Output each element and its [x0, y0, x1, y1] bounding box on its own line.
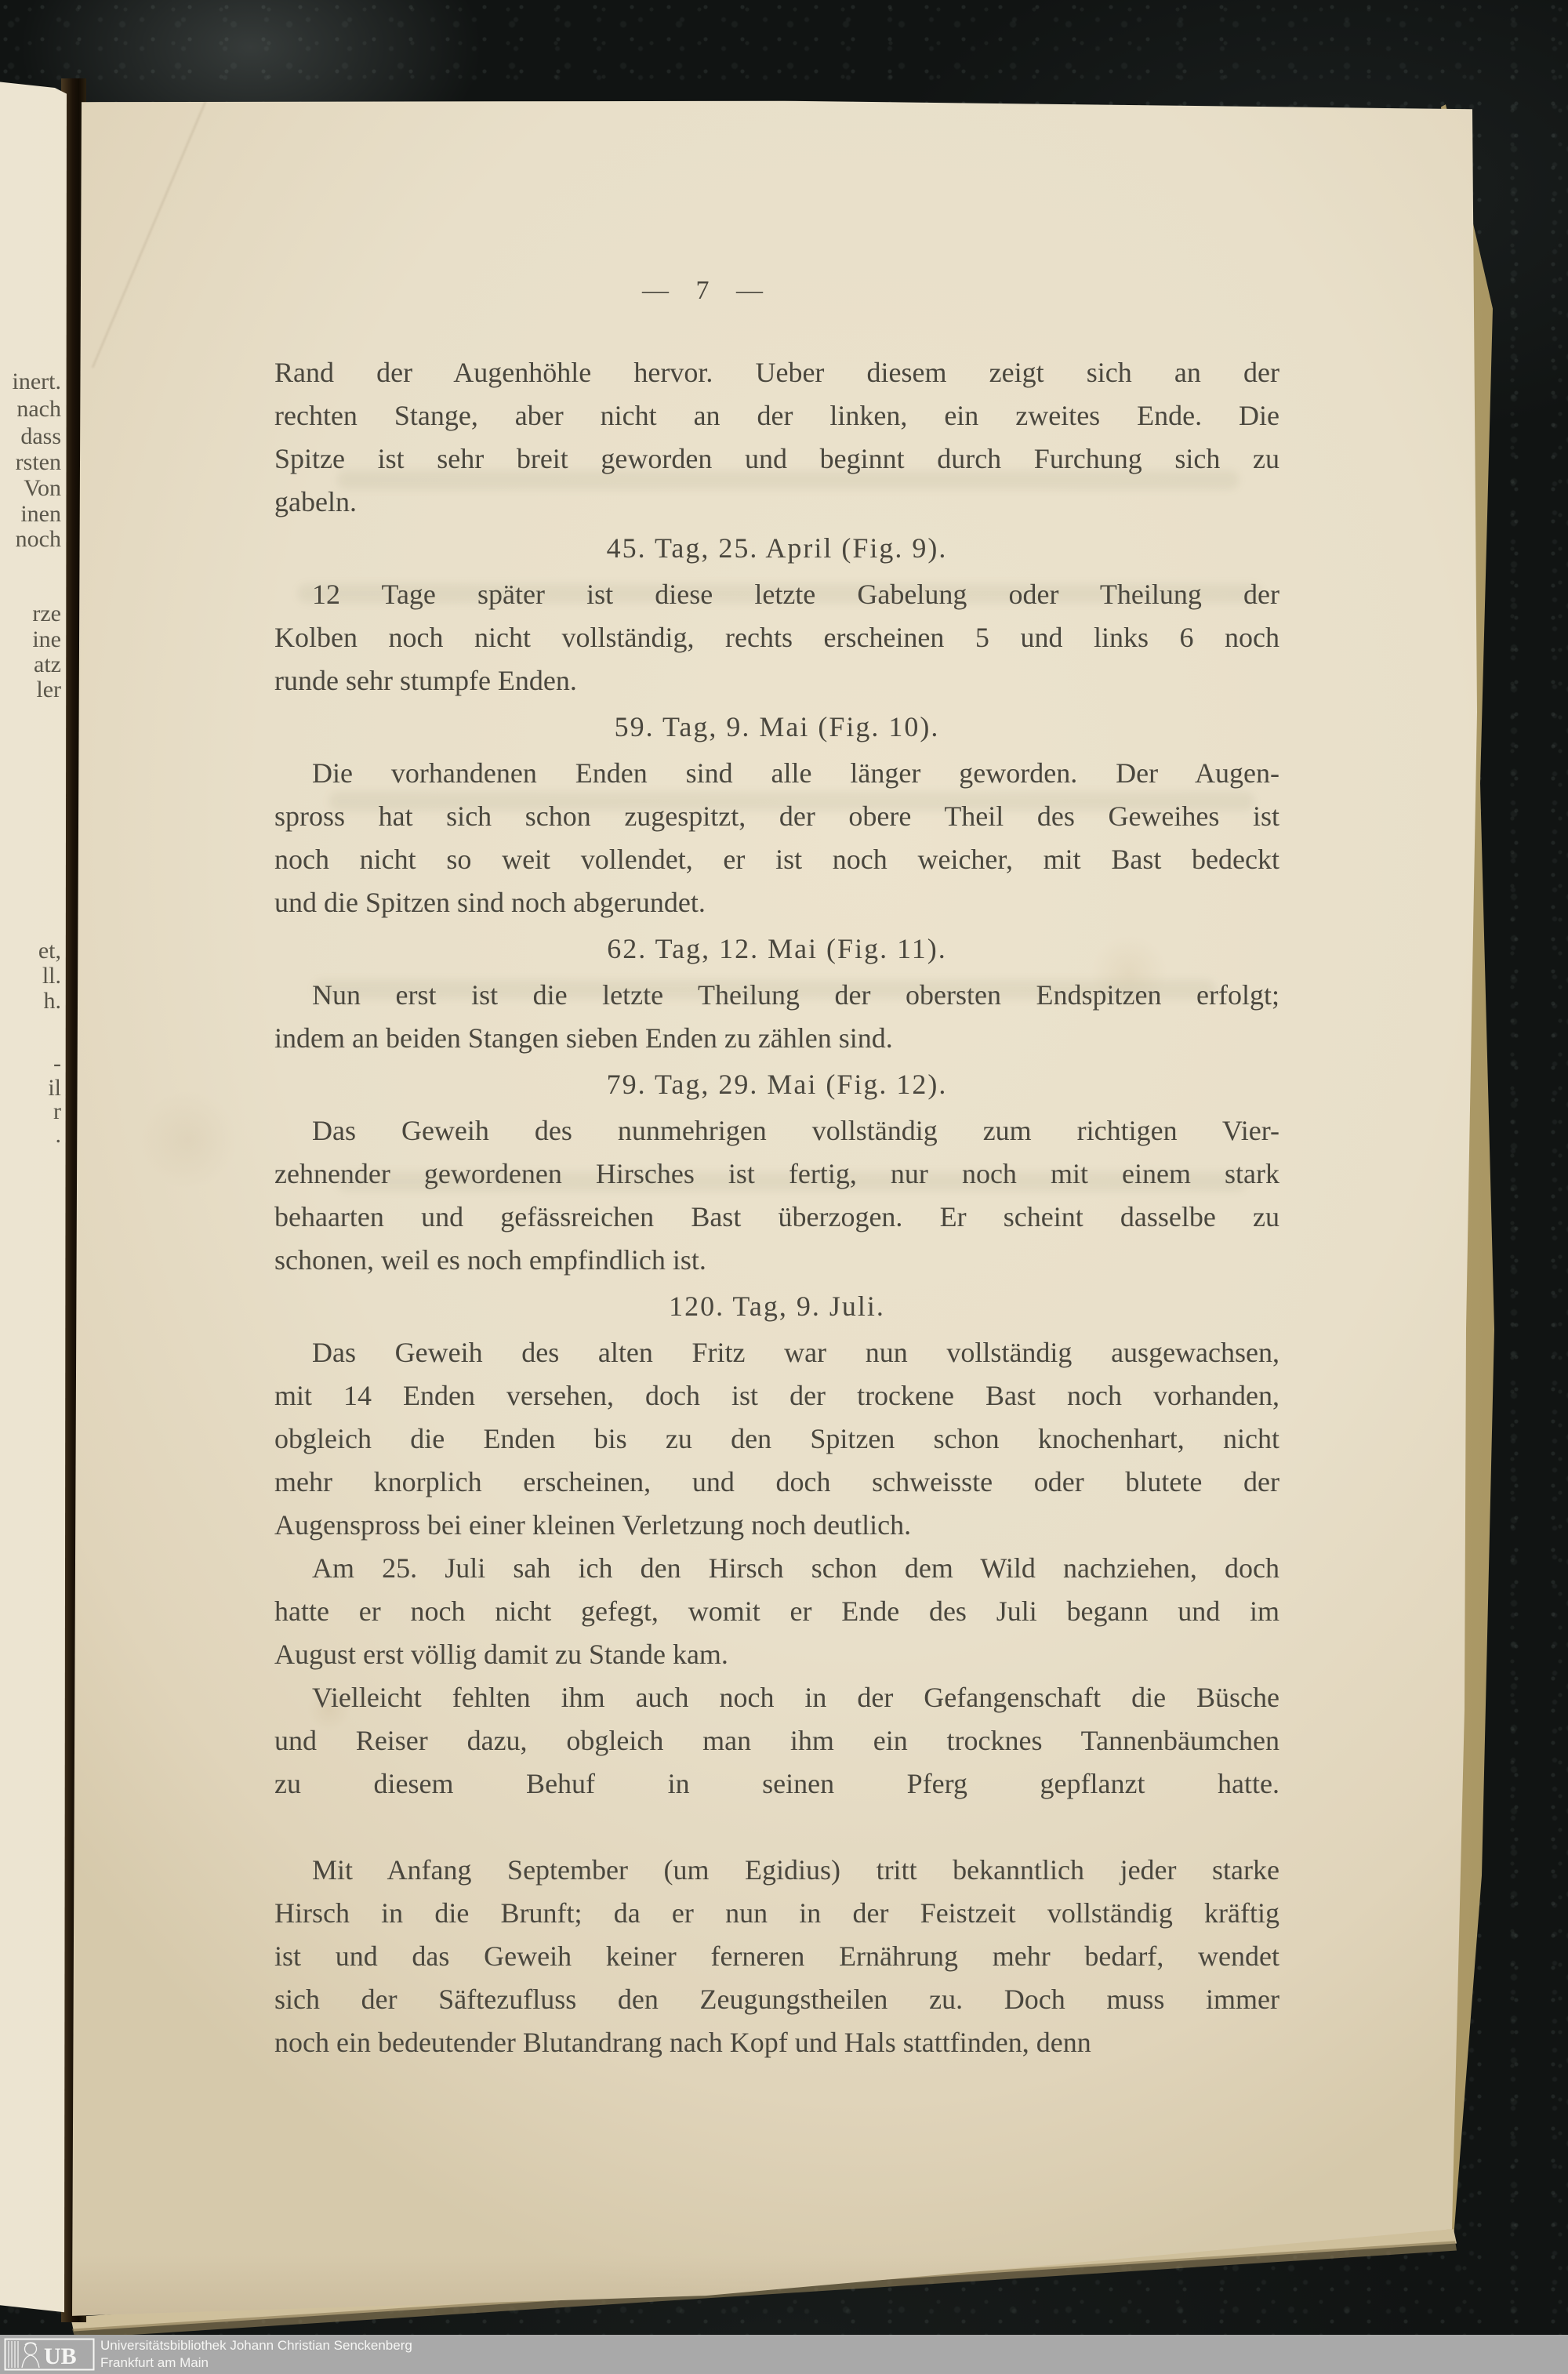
text-line: zu diesem Behuf in seinen Pferg gepflanz… — [274, 1762, 1279, 1806]
paragraph: Rand der Augenhöhle hervor. Ueber diesem… — [274, 351, 1279, 524]
section-heading: 79. Tag, 29. Mai (Fig. 12). — [274, 1063, 1279, 1106]
paragraph: Am 25. Juli sah ich den Hirsch schon dem… — [274, 1547, 1279, 1676]
text-line: 12 Tage später ist diese letzte Gabelung… — [274, 573, 1279, 616]
paragraph: Das Geweih des nunmehrigen vollständig z… — [274, 1109, 1279, 1282]
ub-library-logo-icon: UB — [4, 2338, 95, 2371]
spine-text-fragment: dass — [20, 423, 61, 450]
section-heading: 120. Tag, 9. Juli. — [274, 1285, 1279, 1328]
spine-text-fragment: ler — [36, 677, 61, 703]
text-line: Das Geweih des alten Fritz war nun volls… — [274, 1331, 1279, 1374]
text-line — [274, 1806, 1279, 1849]
section-heading: 45. Tag, 25. April (Fig. 9). — [274, 527, 1279, 570]
text-line: und Reiser dazu, obgleich man ihm ein tr… — [274, 1719, 1279, 1762]
text-line: mehr knorplich erscheinen, und doch schw… — [274, 1461, 1279, 1504]
text-line: sich der Säftezufluss den Zeugungstheile… — [274, 1978, 1279, 2021]
text-line: gabeln. — [274, 481, 1279, 524]
spine-text-fragment: rze — [32, 601, 61, 627]
text-line: noch ein bedeutender Blutandrang nach Ko… — [274, 2021, 1279, 2064]
spine-text-fragment: il — [48, 1075, 61, 1102]
text-line: schonen, weil es noch empfindlich ist. — [274, 1239, 1279, 1282]
library-name: Universitätsbibliothek Johann Christian … — [100, 2337, 412, 2372]
text-column: Rand der Augenhöhle hervor. Ueber diesem… — [274, 351, 1279, 2064]
text-line: Hirsch in die Brunft; da er nun in der F… — [274, 1892, 1279, 1935]
underlying-page-fragments: inert.nachdassrstenVoninennochrzeineatzl… — [0, 0, 66, 2374]
paper-crease — [92, 99, 207, 368]
spine-text-fragment: et, — [38, 938, 61, 964]
ub-logo-text: UB — [44, 2343, 77, 2369]
text-line: indem an beiden Stangen sieben Enden zu … — [274, 1017, 1279, 1060]
text-line: mit 14 Enden versehen, doch ist der troc… — [274, 1374, 1279, 1418]
text-line: obgleich die Enden bis zu den Spitzen sc… — [274, 1418, 1279, 1461]
text-line: Nun erst ist die letzte Theilung der obe… — [274, 974, 1279, 1017]
spine-text-fragment: r — [53, 1098, 61, 1125]
spine-text-fragment: inen — [20, 501, 61, 528]
spine-text-fragment: rsten — [16, 449, 61, 476]
text-line: August erst völlig damit zu Stande kam. — [274, 1633, 1279, 1676]
text-line: rechten Stange, aber nicht an der linken… — [274, 394, 1279, 437]
spine-text-fragment: inert. — [13, 368, 61, 395]
spine-text-fragment: . — [56, 1122, 62, 1149]
section-heading: 59. Tag, 9. Mai (Fig. 10). — [274, 706, 1279, 749]
scanned-book-page: inert.nachdassrstenVoninennochrzeineatzl… — [0, 0, 1568, 2374]
book-page: — 7 — Rand der Augenhöhle hervor. Ueber … — [0, 0, 1568, 2374]
spine-text-fragment: atz — [34, 652, 61, 678]
text-line: Augenspross bei einer kleinen Verletzung… — [274, 1504, 1279, 1547]
spine-text-fragment: h. — [44, 988, 62, 1015]
text-line: Mit Anfang September (um Egidius) tritt … — [274, 1849, 1279, 1892]
text-line: Spitze ist sehr breit geworden und begin… — [274, 437, 1279, 481]
text-line: behaarten und gefässreichen Bast überzog… — [274, 1196, 1279, 1239]
paragraph: 12 Tage später ist diese letzte Gabelung… — [274, 573, 1279, 702]
text-line: hatte er noch nicht gefegt, womit er End… — [274, 1590, 1279, 1633]
spine-text-fragment: noch — [16, 526, 61, 553]
library-name-line1: Universitätsbibliothek Johann Christian … — [100, 2337, 412, 2354]
text-line: Am 25. Juli sah ich den Hirsch schon dem… — [274, 1547, 1279, 1590]
library-footer-bar: UB Universitätsbibliothek Johann Christi… — [0, 2335, 1568, 2374]
spine-text-fragment: Von — [24, 475, 61, 502]
text-line: Vielleicht fehlten ihm auch noch in der … — [274, 1676, 1279, 1719]
spine-text-fragment: nach — [16, 396, 61, 423]
spine-text-fragment: - — [53, 1051, 61, 1077]
spine-text-fragment: ine — [32, 626, 61, 653]
page-number: — 7 — — [200, 276, 1205, 306]
text-line: runde sehr stumpfe Enden. — [274, 659, 1279, 702]
text-line: zehnender gewordenen Hirsches ist fertig… — [274, 1153, 1279, 1196]
text-line: spross hat sich schon zugespitzt, der ob… — [274, 795, 1279, 838]
paragraph: Mit Anfang September (um Egidius) tritt … — [274, 1849, 1279, 2064]
paragraph: Vielleicht fehlten ihm auch noch in der … — [274, 1676, 1279, 1849]
section-heading: 62. Tag, 12. Mai (Fig. 11). — [274, 927, 1279, 971]
text-line: Rand der Augenhöhle hervor. Ueber diesem… — [274, 351, 1279, 394]
text-line: und die Spitzen sind noch abgerundet. — [274, 881, 1279, 924]
text-line: Die vorhandenen Enden sind alle länger g… — [274, 752, 1279, 795]
text-line: Kolben noch nicht vollständig, rechts er… — [274, 616, 1279, 659]
text-line: ist und das Geweih keiner ferneren Ernäh… — [274, 1935, 1279, 1978]
library-name-line2: Frankfurt am Main — [100, 2354, 412, 2372]
paragraph: Das Geweih des alten Fritz war nun volls… — [274, 1331, 1279, 1547]
paragraph: Die vorhandenen Enden sind alle länger g… — [274, 752, 1279, 924]
spine-text-fragment: ll. — [42, 963, 61, 989]
text-line: Das Geweih des nunmehrigen vollständig z… — [274, 1109, 1279, 1153]
paragraph: Nun erst ist die letzte Theilung der obe… — [274, 974, 1279, 1060]
text-line: noch nicht so weit vollendet, er ist noc… — [274, 838, 1279, 881]
